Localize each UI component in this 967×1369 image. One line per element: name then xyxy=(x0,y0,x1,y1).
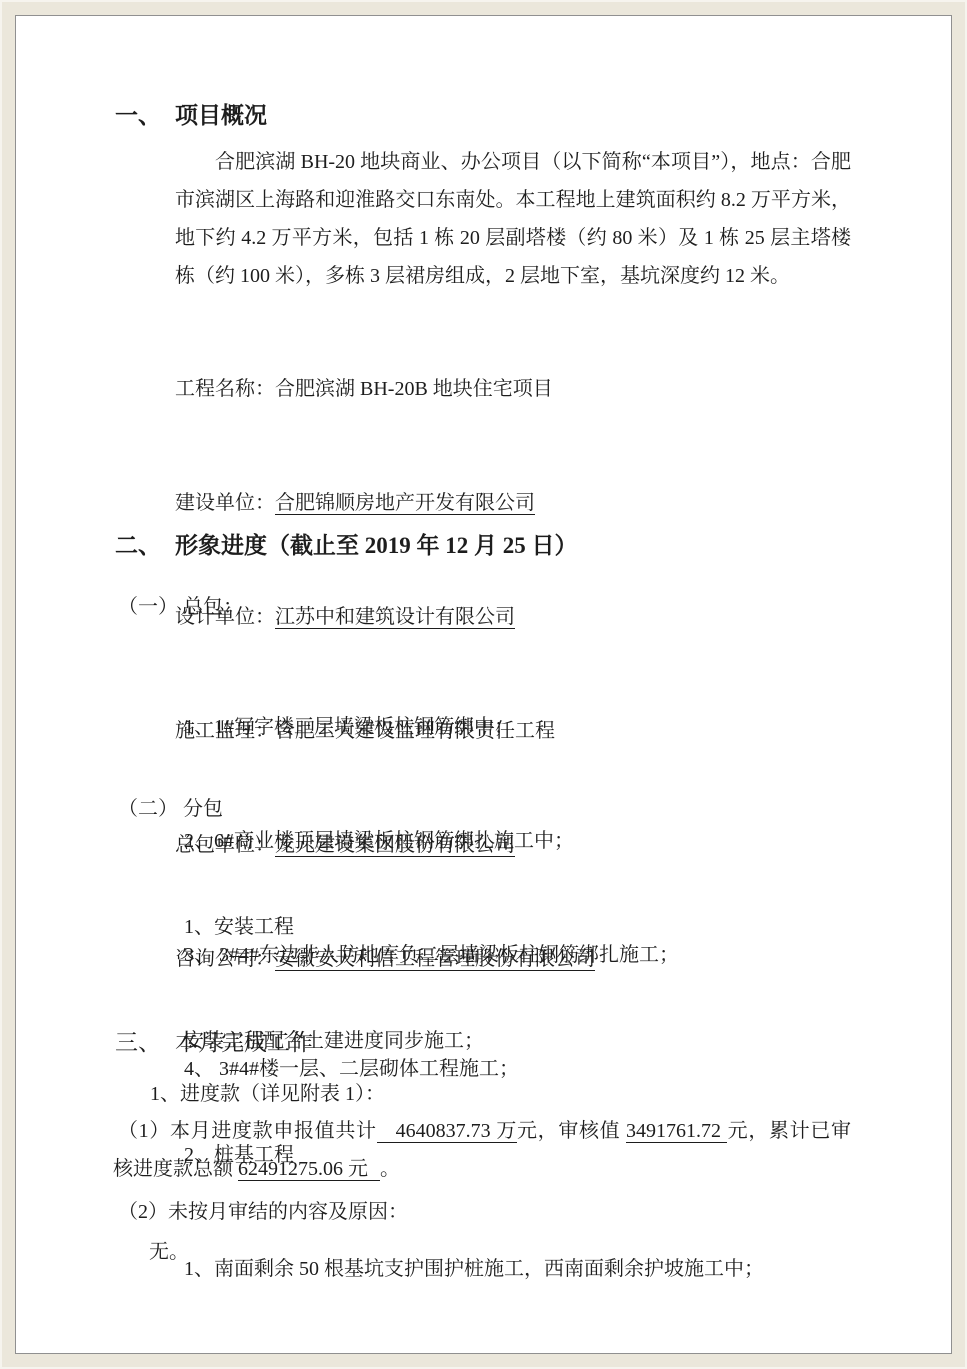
progress-payment-label: 1、进度款（详见附表 1）： xyxy=(150,1075,385,1113)
progress-mid1: 元，审核值 xyxy=(517,1120,626,1142)
project-overview-paragraph: 合肥滨湖 BH-20 地块商业、办公项目（以下简称“本项目”），地点：合肥市滨湖… xyxy=(175,143,851,295)
progress-prefix: （1）本月进度款申报值共计 xyxy=(118,1120,377,1142)
field-value: 合肥滨湖 BH-20B 地块住宅项目 xyxy=(275,378,553,400)
section3-title: 本月完成工作 xyxy=(175,1030,313,1055)
field-owner: 建设单位：合肥锦顺房地产开发有限公司 xyxy=(175,484,595,522)
section3-number: 三、 xyxy=(115,1030,161,1055)
field-project-name: 工程名称：合肥滨湖 BH-20B 地块住宅项目 xyxy=(175,370,595,408)
field-label: 工程名称： xyxy=(175,378,275,400)
subcontract-label: （二） 分包 xyxy=(118,790,223,828)
general-contractor-label: （一） 总包： xyxy=(118,588,243,626)
section2-title: 形象进度（截止至 2019 年 12 月 25 日） xyxy=(175,533,578,558)
none-text: 无。 xyxy=(149,1233,189,1271)
section2-number: 二、 xyxy=(115,533,161,558)
audited-amount: 3491761.72 xyxy=(626,1120,727,1143)
section1-heading: 一、项目概况 xyxy=(115,100,267,132)
section2-heading: 二、形象进度（截止至 2019 年 12 月 25 日） xyxy=(115,530,578,562)
document-page: 一、项目概况 合肥滨湖 BH-20 地块商业、办公项目（以下简称“本项目”），地… xyxy=(0,0,967,1369)
field-label: 建设单位： xyxy=(175,492,275,514)
field-value: 江苏中和建筑设计有限公司 xyxy=(275,606,515,629)
progress-payment-paragraph: （1）本月进度款申报值共计4640837.73 万元，审核值 3491761.7… xyxy=(113,1112,851,1188)
declared-amount: 4640837.73 万 xyxy=(377,1120,517,1143)
section1-number: 一、 xyxy=(115,103,161,128)
section1-title: 项目概况 xyxy=(175,103,267,128)
cumulative-amount: 62491275.06 元 xyxy=(238,1158,380,1181)
unsettled-label: （2）未按月审结的内容及原因： xyxy=(118,1193,408,1231)
section3-heading: 三、本月完成工作 xyxy=(115,1027,313,1059)
list-item: 1、安装工程 xyxy=(184,908,764,946)
list-item: 1、南面剩余 50 根基坑支护围护桩施工，西南面剩余护坡施工中； xyxy=(184,1250,764,1288)
progress-suffix: 。 xyxy=(380,1158,400,1180)
list-item: 1、1#写字楼三层墙梁板柱钢筋绑中； xyxy=(184,708,679,746)
field-value: 合肥锦顺房地产开发有限公司 xyxy=(275,492,535,515)
